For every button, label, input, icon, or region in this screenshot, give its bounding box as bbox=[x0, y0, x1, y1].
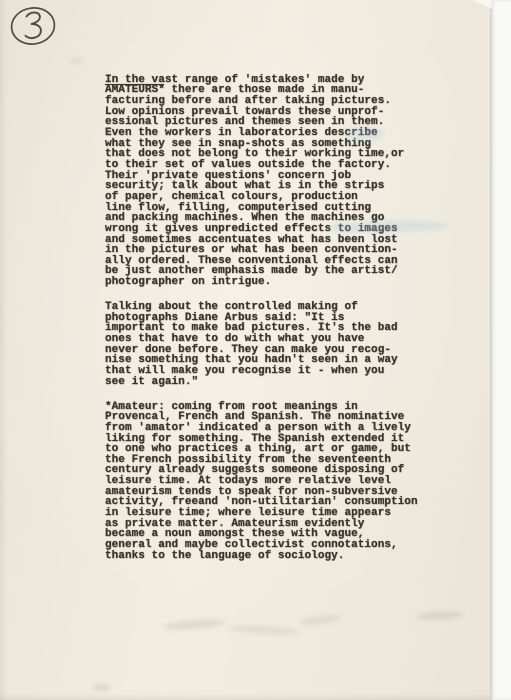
left-edge-shadow bbox=[0, 0, 7, 700]
page-edge bbox=[490, 0, 511, 700]
pencil-smudge bbox=[93, 684, 111, 691]
pencil-smudge bbox=[228, 624, 300, 636]
paragraph-arbus-quote: Talking about the controlled making of p… bbox=[105, 302, 435, 387]
pencil-smudge bbox=[416, 609, 465, 621]
amateurs-underline bbox=[105, 84, 164, 85]
scanned-document-page: In the vast range of 'mistakes' made by … bbox=[0, 0, 511, 700]
bottom-edge-shadow bbox=[0, 693, 490, 700]
pencil-smudge bbox=[163, 617, 226, 631]
circled-three-icon bbox=[6, 2, 64, 52]
typewritten-text-block: In the vast range of 'mistakes' made by … bbox=[105, 64, 435, 586]
pencil-smudge bbox=[300, 613, 343, 627]
paragraph-amateur-footnote: *Amateur: coming from root meanings in P… bbox=[105, 402, 435, 562]
pencil-smudge bbox=[70, 58, 84, 64]
page-corner bbox=[472, 0, 492, 9]
page-number-annotation bbox=[6, 2, 64, 52]
paragraph-mistakes: In the vast range of 'mistakes' made by … bbox=[105, 75, 435, 288]
